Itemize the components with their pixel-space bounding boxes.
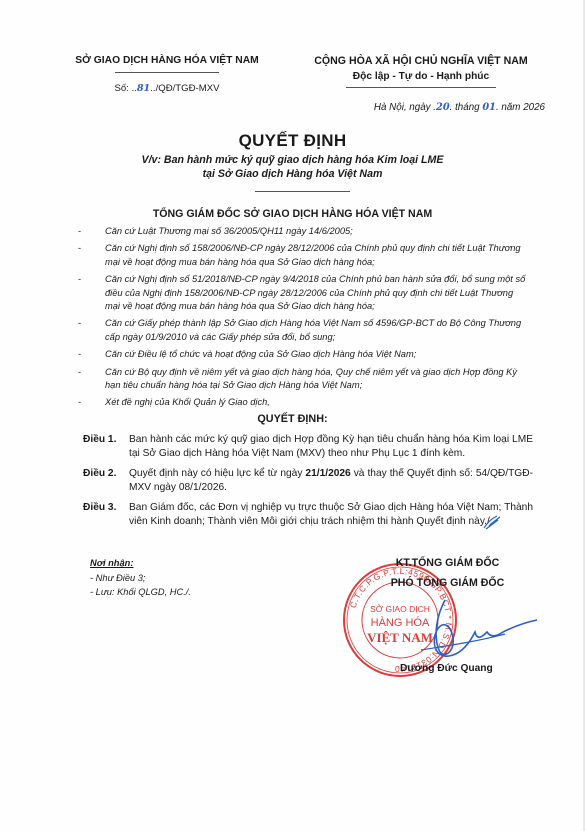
legal-basis-text: Căn cứ Bộ quy định về niêm yết và giao d… (105, 367, 517, 390)
national-header: CỘNG HÒA XÃ HỘI CHỦ NGHĨA VIỆT NAM Độc l… (296, 55, 546, 88)
signer-name: Dương Đức Quang (400, 663, 493, 674)
dash-bullet: - (78, 225, 81, 238)
recipient-item: - Như Điều 3; (90, 571, 191, 586)
legal-basis-text: Căn cứ Điều lệ tổ chức và hoạt động của … (105, 349, 416, 359)
date-prefix: Hà Nội, ngày . (374, 102, 436, 113)
national-motto: Độc lập - Tự do - Hạnh phúc (296, 71, 546, 82)
recipients-heading: Nơi nhận: (90, 556, 191, 571)
initial-mark-icon (481, 514, 503, 530)
legal-basis-text: Căn cứ Nghị định số 51/2018/NĐ-CP ngày 9… (105, 274, 525, 311)
nation-name: CỘNG HÒA XÃ HỘI CHỦ NGHĨA VIỆT NAM (296, 55, 546, 67)
signer-authority: KT.TỔNG GIÁM ĐỐC (365, 557, 530, 569)
effective-date: 21/1/2026 (305, 468, 350, 479)
subject-underline (255, 191, 350, 192)
motto-underline (346, 87, 496, 88)
dash-bullet: - (78, 242, 81, 255)
legal-basis-item: -Căn cứ Điều lệ tổ chức và hoạt động của… (78, 348, 528, 361)
article-label: Điều 1. (83, 433, 129, 462)
legal-basis-item: -Căn cứ Nghị định số 51/2018/NĐ-CP ngày … (78, 273, 528, 313)
decision-heading: QUYẾT ĐỊNH: (0, 413, 585, 425)
article-1: Điều 1. Ban hành các mức ký quỹ giao dịc… (83, 433, 533, 462)
issuer-underline (115, 72, 219, 73)
article-text-before: Quyết định này có hiệu lực kể từ ngày (129, 468, 305, 479)
dash-bullet: - (78, 366, 81, 379)
legal-bases-list: -Căn cứ Luật Thương mại số 36/2005/QH11 … (78, 225, 528, 414)
place-and-date: Hà Nội, ngày .20. tháng 01. năm 2026 (374, 102, 545, 113)
issuer-header: SỞ GIAO DỊCH HÀNG HÓA VIỆT NAM Số: ..81.… (72, 55, 262, 94)
handwritten-month: 01 (482, 102, 496, 113)
signer-title: PHÓ TỔNG GIÁM ĐỐC (365, 577, 530, 589)
subject-line-2: tại Sở Giao dịch Hàng hóa Việt Nam (0, 167, 585, 181)
signature-block: KT.TỔNG GIÁM ĐỐC PHÓ TỔNG GIÁM ĐỐC (365, 557, 530, 589)
document-subject: V/v: Ban hành mức ký quỹ giao dịch hàng … (0, 153, 585, 181)
dash-bullet: - (78, 348, 81, 361)
article-2: Điều 2. Quyết định này có hiệu lực kể từ… (83, 467, 533, 496)
legal-basis-text: Căn cứ Nghị định số 158/2006/NĐ-CP ngày … (105, 243, 521, 266)
dash-bullet: - (78, 273, 81, 286)
dash-bullet: - (78, 317, 81, 330)
article-label: Điều 2. (83, 467, 129, 496)
document-number: Số: ..81../QĐ/TGĐ-MXV (72, 83, 262, 94)
dash-bullet: - (78, 396, 81, 409)
date-middle: . tháng (450, 102, 483, 113)
article-text: Ban hành các mức ký quỹ giao dịch Hợp đồ… (129, 433, 533, 462)
number-suffix: ../QĐ/TGĐ-MXV (150, 83, 219, 94)
legal-basis-item: -Xét đề nghị của Khối Quản lý Giao dịch, (78, 396, 528, 409)
recipients-block: Nơi nhận: - Như Điều 3; - Lưu: Khối QLGD… (90, 556, 191, 600)
legal-basis-item: -Căn cứ Nghị định số 158/2006/NĐ-CP ngày… (78, 242, 528, 269)
articles: Điều 1. Ban hành các mức ký quỹ giao dịc… (83, 433, 533, 534)
recipient-item: - Lưu: Khối QLGD, HC./. (90, 585, 191, 600)
legal-basis-item: -Căn cứ Bộ quy định về niêm yết và giao … (78, 366, 528, 393)
legal-basis-text: Căn cứ Giấy phép thành lập Sở Giao dịch … (105, 318, 521, 341)
issuer-name: SỞ GIAO DỊCH HÀNG HÓA VIỆT NAM (72, 55, 262, 66)
date-suffix: . năm 2026 (496, 102, 545, 113)
subject-line-1: V/v: Ban hành mức ký quỹ giao dịch hàng … (0, 153, 585, 167)
legal-basis-text: Xét đề nghị của Khối Quản lý Giao dịch, (105, 397, 270, 407)
handwritten-day: 20 (436, 102, 450, 113)
issuing-authority: TỔNG GIÁM ĐỐC SỞ GIAO DỊCH HÀNG HÓA VIỆT… (0, 208, 585, 220)
number-prefix: Số: .. (114, 83, 136, 94)
handwritten-signature-icon (415, 590, 540, 668)
article-text: Ban Giám đốc, các Đơn vị nghiệp vụ trực … (129, 501, 533, 530)
legal-basis-text: Căn cứ Luật Thương mại số 36/2005/QH11 n… (105, 226, 353, 236)
article-text: Quyết định này có hiệu lực kể từ ngày 21… (129, 467, 533, 496)
article-3: Điều 3. Ban Giám đốc, các Đơn vị nghiệp … (83, 501, 533, 530)
document-page: SỞ GIAO DỊCH HÀNG HÓA VIỆT NAM Số: ..81.… (0, 0, 585, 831)
handwritten-number: 81 (137, 83, 150, 94)
article-label: Điều 3. (83, 501, 129, 530)
legal-basis-item: -Căn cứ Luật Thương mại số 36/2005/QH11 … (78, 225, 528, 238)
document-title: QUYẾT ĐỊNH (0, 131, 585, 151)
legal-basis-item: -Căn cứ Giấy phép thành lập Sở Giao dịch… (78, 317, 528, 344)
